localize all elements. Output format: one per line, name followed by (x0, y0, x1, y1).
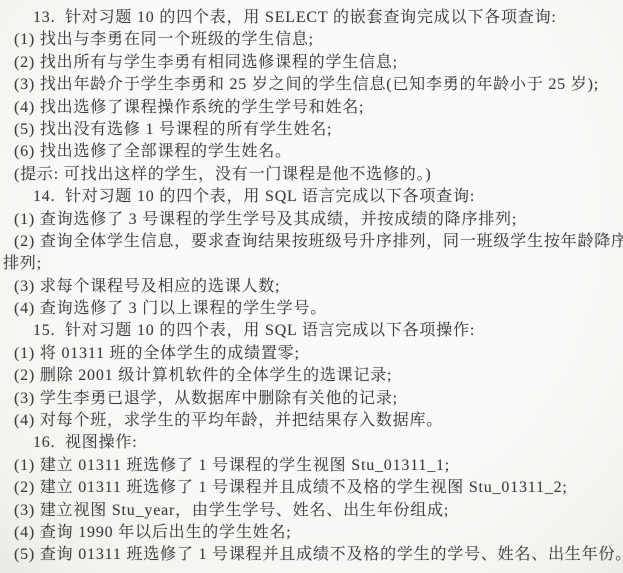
scanned-document-page: 13. 针对习题 10 的四个表，用 SELECT 的嵌套查询完成以下各项查询:… (0, 0, 623, 573)
exercise-14-item-4: (4) 查询选修了 3 门以上课程的学生学号。 (0, 298, 623, 320)
exercise-13-item-5: (5) 找出没有选修 1 号课程的所有学生姓名; (0, 119, 623, 141)
exercise-13-heading: 13. 针对习题 10 的四个表，用 SELECT 的嵌套查询完成以下各项查询: (0, 7, 623, 29)
exercise-16-item-5: (5) 查询 01311 班选修了 1 号课程并且成绩不及格的学生的学号、姓名、… (0, 544, 623, 566)
exercise-13-item-1: (1) 找出与李勇在同一个班级的学生信息; (0, 29, 623, 51)
exercise-14-item-2: (2) 查询全体学生信息，要求查询结果按班级号升序排列，同一班级学生按年龄降序 (0, 231, 623, 253)
exercise-13-item-6: (6) 找出选修了全部课程的学生姓名。 (0, 141, 623, 163)
exercise-13-hint: (提示: 可找出这样的学生，没有一门课程是他不选修的。) (0, 164, 623, 186)
exercise-14-item-1: (1) 查询选修了 3 号课程的学生学号及其成绩，并按成绩的降序排列; (0, 209, 623, 231)
exercise-13-item-3: (3) 找出年龄介于学生李勇和 25 岁之间的学生信息(已知李勇的年龄小于 25… (0, 74, 623, 96)
exercise-14-item-2-cont: 排列; (0, 253, 623, 275)
exercise-13-item-2: (2) 找出所有与学生李勇有相同选修课程的学生信息; (0, 52, 623, 74)
exercise-15-item-2: (2) 删除 2001 级计算机软件的全体学生的选课记录; (0, 365, 623, 387)
exercise-13-item-4: (4) 找出选修了课程操作系统的学生学号和姓名; (0, 97, 623, 119)
exercise-15-heading: 15. 针对习题 10 的四个表，用 SQL 语言完成以下各项操作: (0, 320, 623, 342)
exercise-15-item-1: (1) 将 01311 班的全体学生的成绩置零; (0, 343, 623, 365)
exercise-16-item-2: (2) 建立 01311 班选修了 1 号课程并且成绩不及格的学生视图 Stu_… (0, 477, 623, 499)
exercise-16-item-4: (4) 查询 1990 年以后出生的学生姓名; (0, 522, 623, 544)
exercise-14-item-3: (3) 求每个课程号及相应的选课人数; (0, 276, 623, 298)
exercise-16-heading: 16. 视图操作: (0, 432, 623, 454)
exercise-16-item-3: (3) 建立视图 Stu_year，由学生学号、姓名、出生年份组成; (0, 500, 623, 522)
exercise-14-heading: 14. 针对习题 10 的四个表，用 SQL 语言完成以下各项查询: (0, 186, 623, 208)
exercise-15-item-4: (4) 对每个班，求学生的平均年龄，并把结果存入数据库。 (0, 410, 623, 432)
exercise-15-item-3: (3) 学生李勇已退学，从数据库中删除有关他的记录; (0, 388, 623, 410)
exercise-16-item-1: (1) 建立 01311 班选修了 1 号课程的学生视图 Stu_01311_1… (0, 455, 623, 477)
